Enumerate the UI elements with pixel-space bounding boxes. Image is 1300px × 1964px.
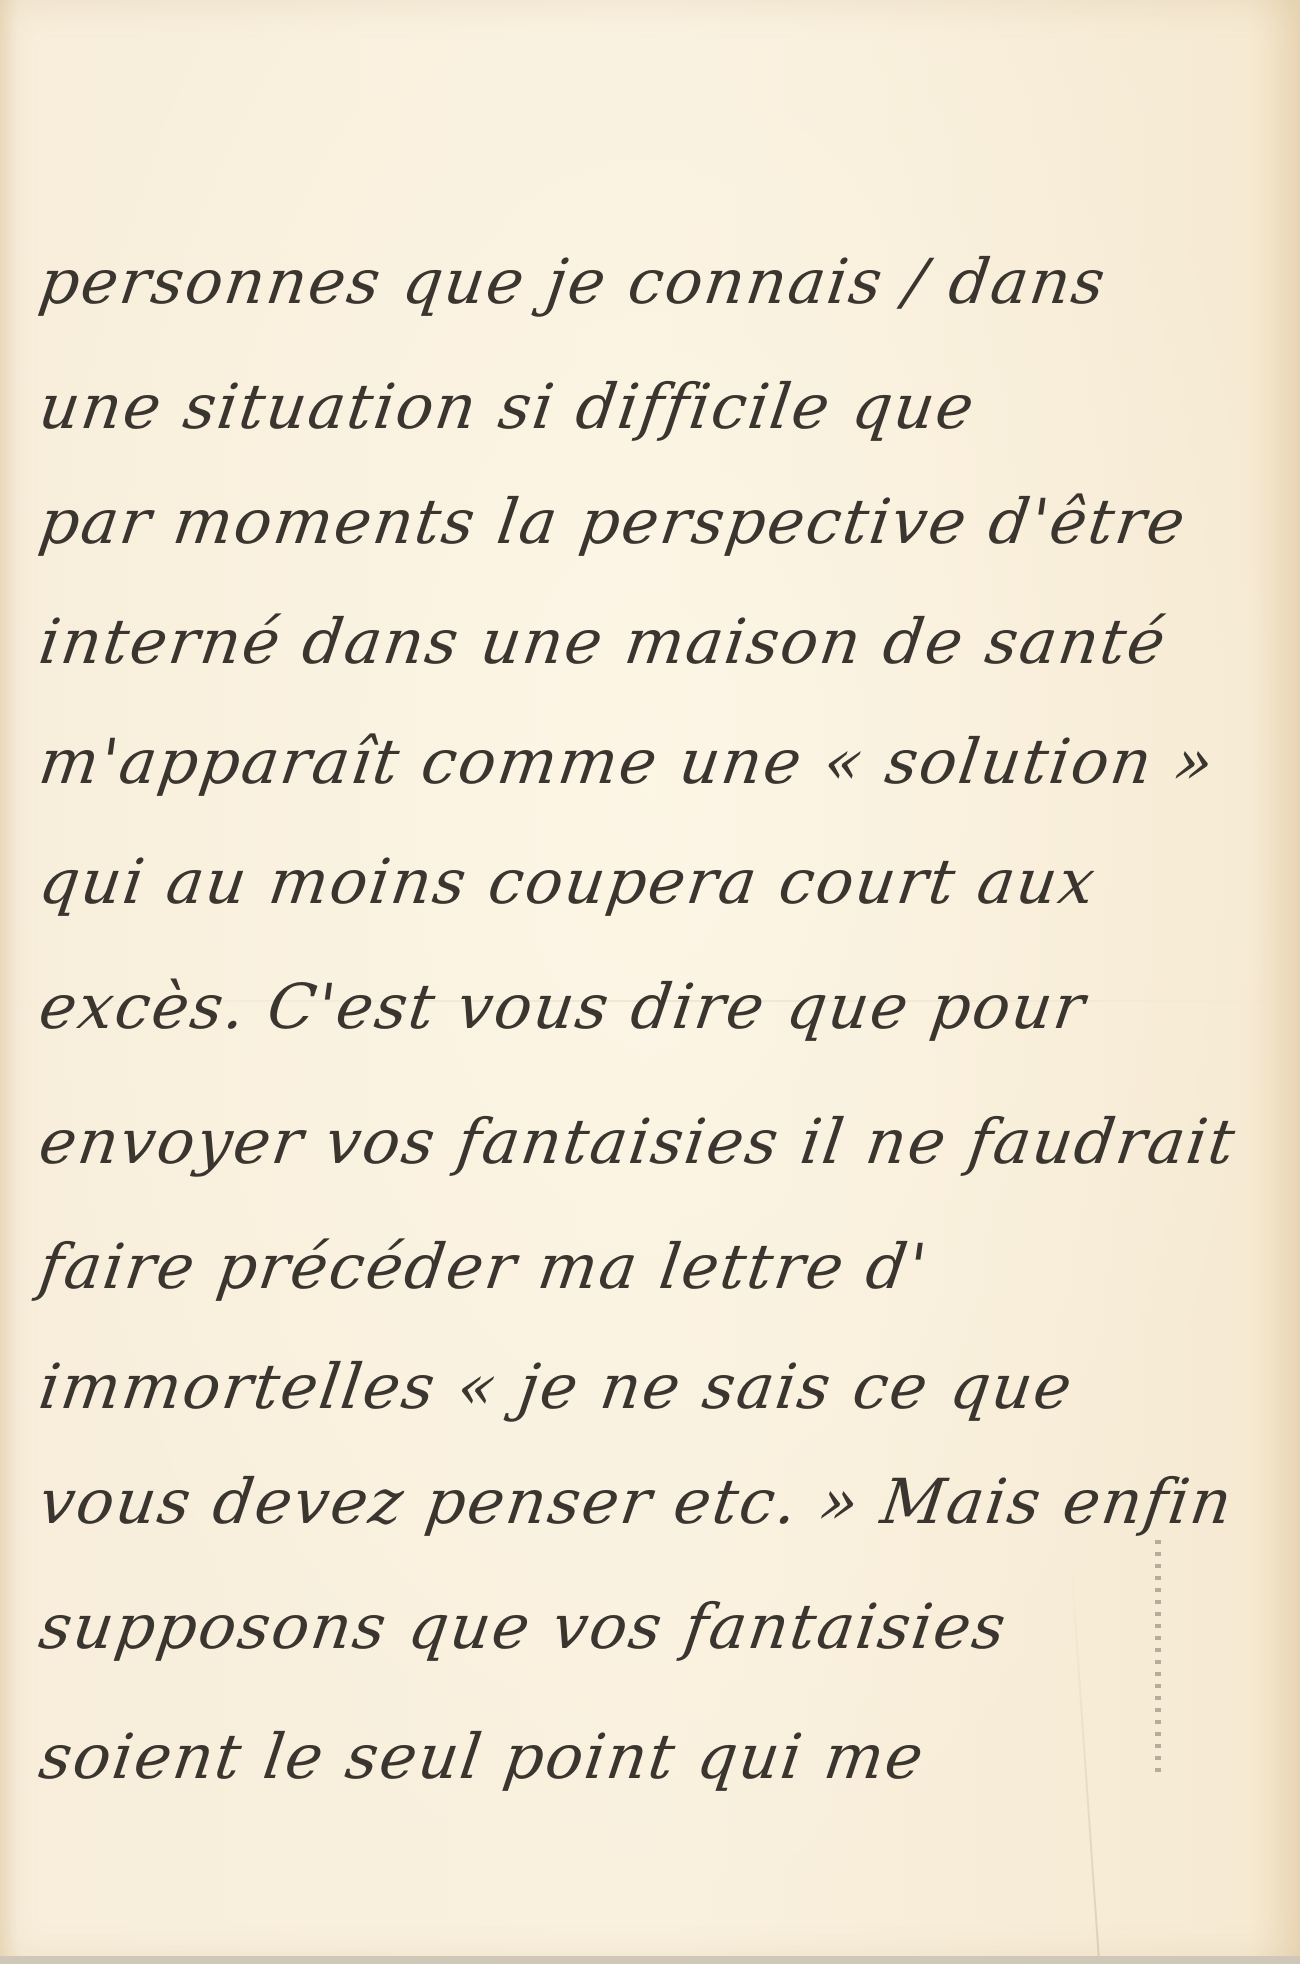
- handwritten-line: faire précéder ma lettre d': [35, 1230, 933, 1303]
- handwritten-line: envoyer vos fantaisies il ne faudrait: [35, 1105, 1241, 1178]
- handwritten-line: supposons que vos fantaisies: [35, 1590, 1012, 1663]
- handwritten-line: une situation si difficile que: [35, 370, 980, 443]
- paper-crease: [1070, 1560, 1100, 1963]
- handwritten-line: immortelles « je ne sais ce que: [35, 1350, 1078, 1423]
- handwritten-line: personnes que je connais / dans: [35, 245, 1111, 318]
- handwritten-line: qui au moins coupera court aux: [35, 845, 1101, 918]
- handwritten-line: interné dans une maison de santé: [35, 605, 1172, 678]
- handwritten-line: par moments la perspective d'être: [35, 485, 1192, 558]
- letter-page: personnes que je connais / dans une situ…: [0, 0, 1300, 1964]
- handwritten-line: vous devez penser etc. » Mais enfin: [35, 1465, 1238, 1538]
- handwritten-line: excès. C'est vous dire que pour: [35, 970, 1091, 1043]
- paper-stain: [1155, 1540, 1161, 1780]
- scan-bottom-edge: [0, 1956, 1300, 1964]
- handwritten-line: soient le seul point qui me: [35, 1720, 930, 1793]
- handwritten-line: m'apparaît comme une « solution »: [35, 725, 1220, 798]
